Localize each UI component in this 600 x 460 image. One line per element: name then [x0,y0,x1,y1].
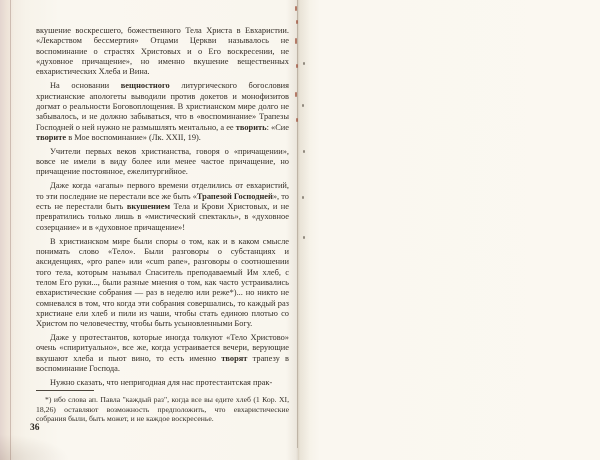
paragraph: вкушение воскресшего, божественного Тела… [36,26,289,78]
corner-shadow [0,434,70,460]
right-page: тика выделения евхаристии из обычного во… [298,0,600,460]
left-page: вкушение воскресшего, божественного Тела… [0,0,298,460]
paragraph: *) ибо слова ап. Павла "каждый раз", ког… [36,395,289,424]
footnote: *) ибо слова ап. Павла "каждый раз", ког… [36,395,289,424]
binding-mark [296,118,298,122]
scan-speck [302,196,304,199]
binding-mark [295,38,297,44]
book-gutter [286,0,310,460]
book-scan: вкушение воскресшего, божественного Тела… [0,0,600,460]
page-number-left: 36 [30,423,40,433]
paragraph: На основании вещностного литургического … [36,81,289,143]
paragraph: Нужно сказать, что непригодная для нас п… [36,378,289,388]
paragraph: Учители первых веков христианства, говор… [36,147,289,178]
scan-speck [303,236,305,239]
paragraph: Даже у протестантов, которые иногда толк… [36,333,289,374]
scan-speck [302,104,304,107]
binding-mark [296,20,298,24]
page-edge-shading [0,0,14,460]
page-edge-line [10,0,11,460]
left-page-text: вкушение воскресшего, божественного Тела… [36,26,289,388]
footnote-rule [36,390,94,391]
scan-speck [303,150,305,153]
binding-mark [296,64,298,68]
paragraph: В христианском мире были споры о том, ка… [36,237,289,330]
binding-mark [295,6,297,11]
paragraph: Даже когда «агапы» первого времени отдел… [36,181,289,233]
binding-mark [295,92,297,97]
scan-speck [303,62,305,65]
